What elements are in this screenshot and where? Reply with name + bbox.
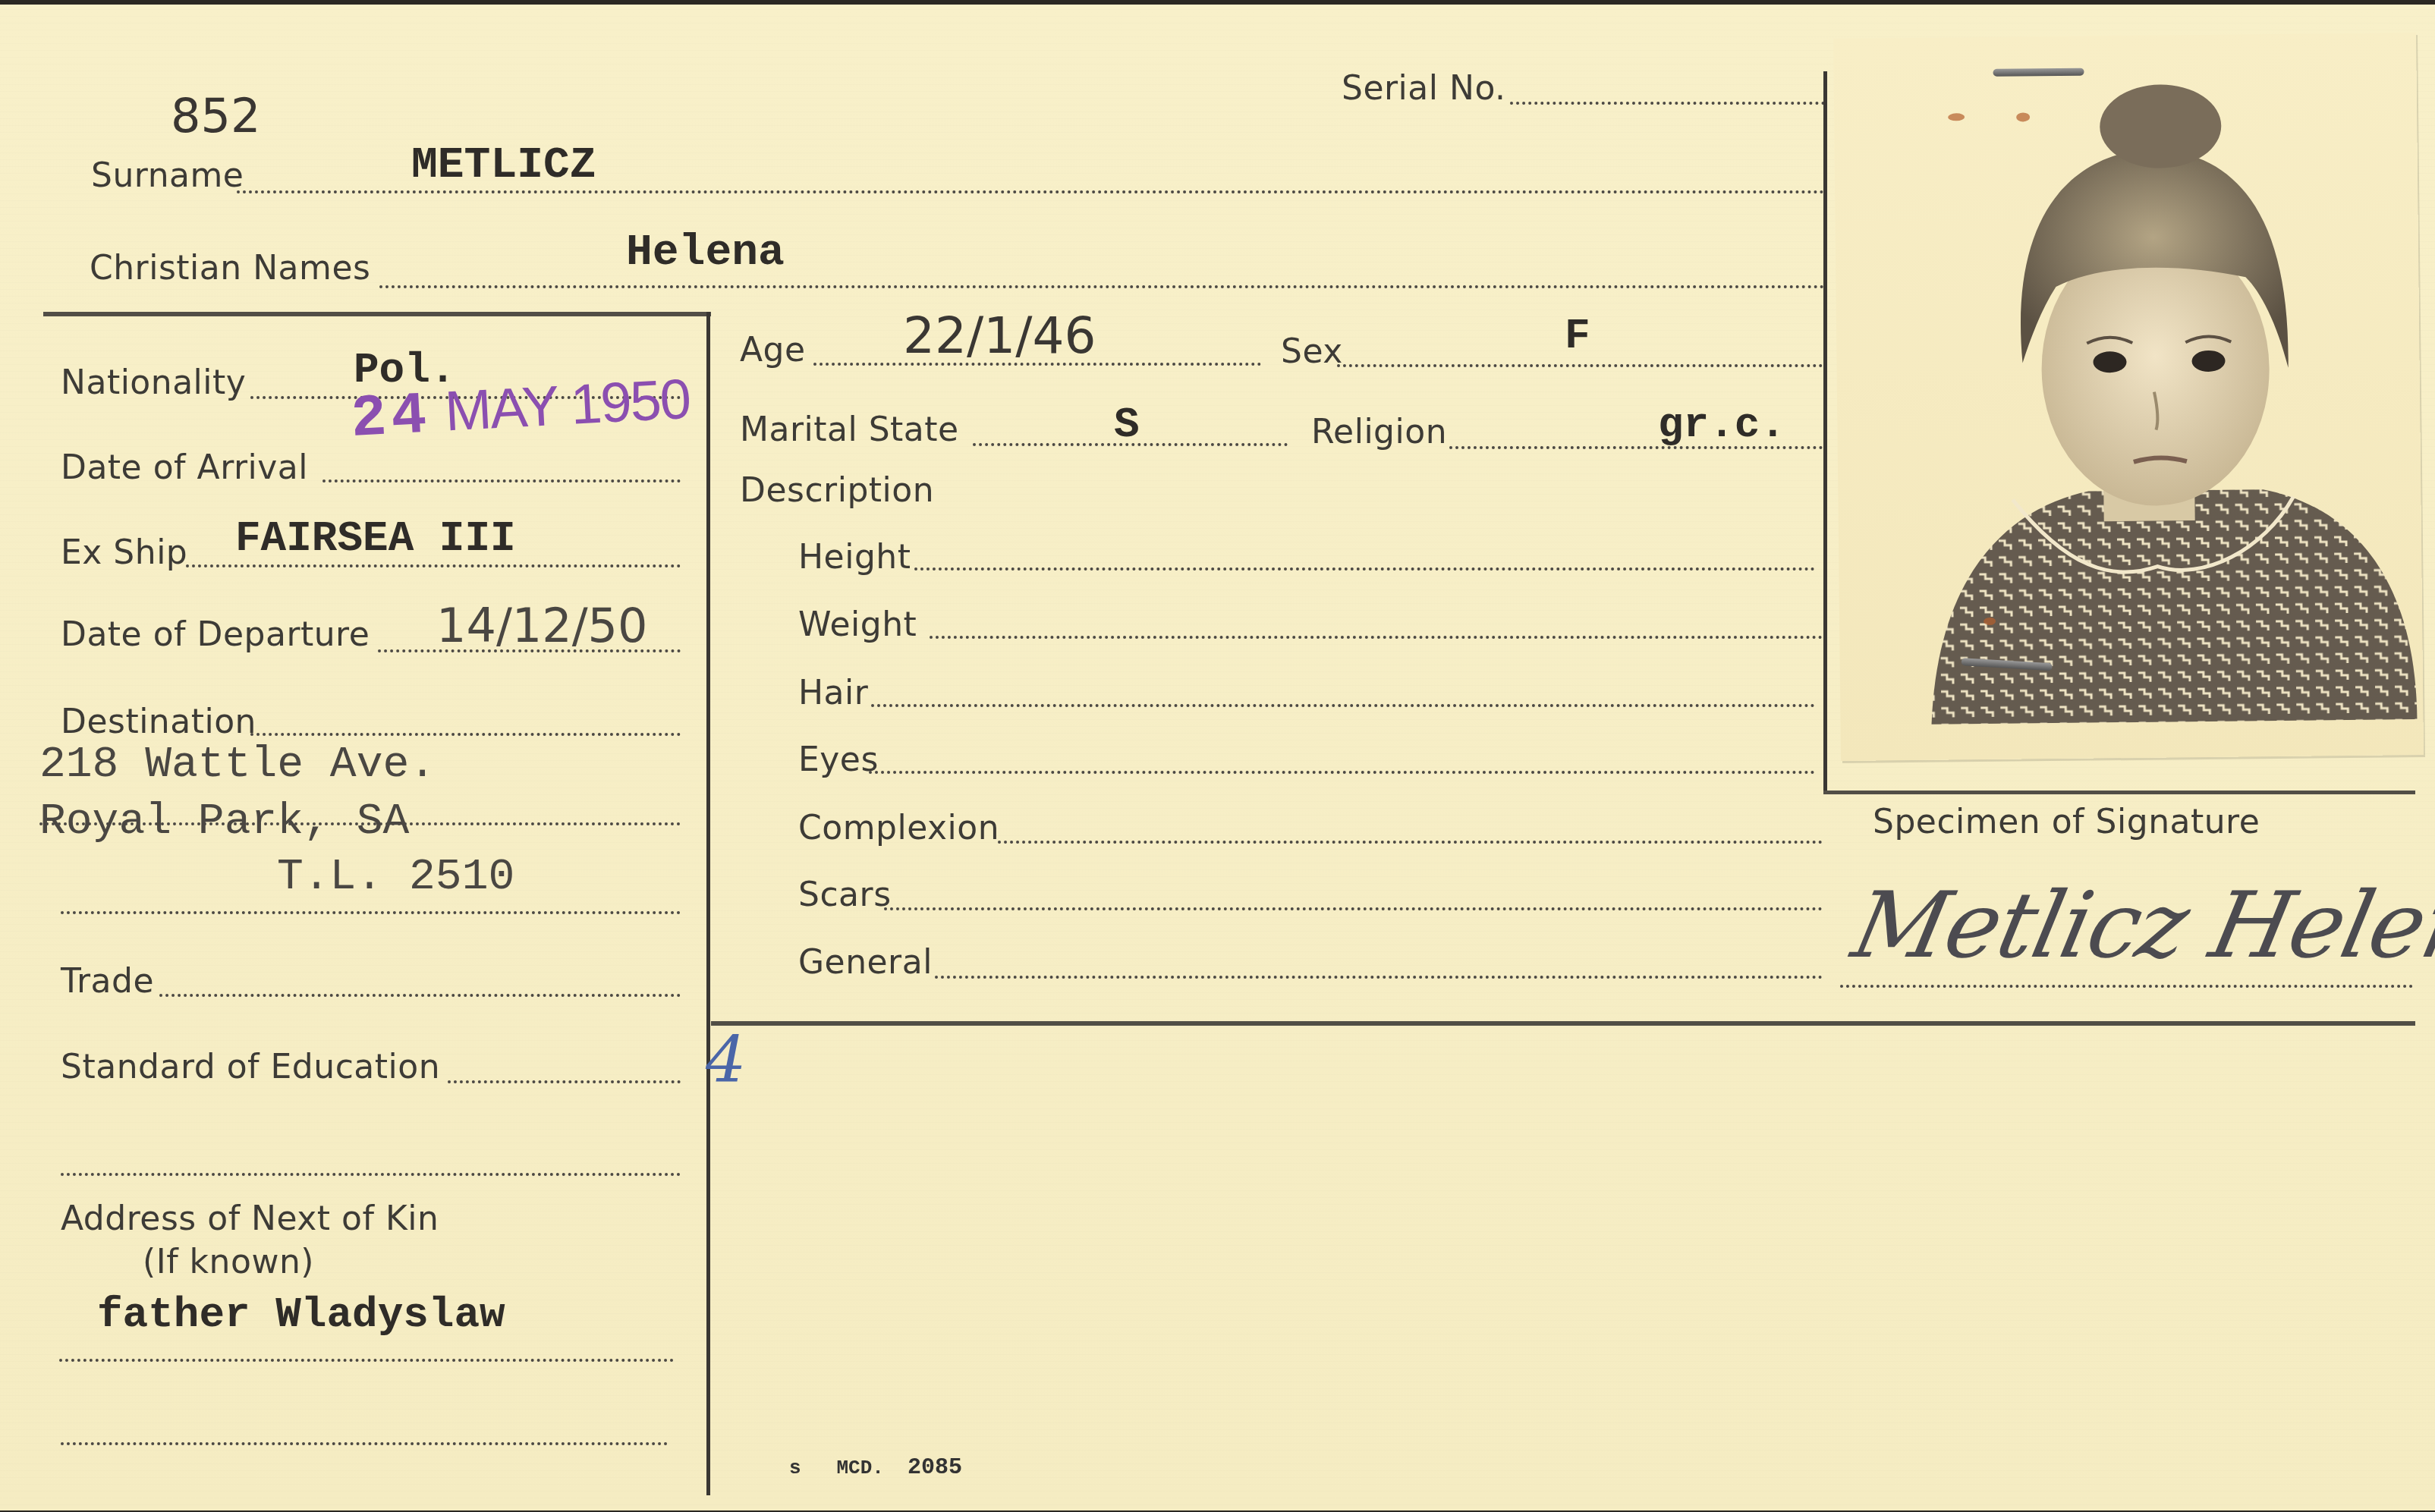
destination-label: Destination	[61, 703, 256, 741]
standard-of-education-label: Standard of Education	[61, 1048, 440, 1086]
signature-value: Metlicz Helena	[1844, 873, 2435, 979]
marital-state-value: S	[1114, 401, 1140, 449]
scars-label: Scars	[798, 875, 892, 914]
hair-label: Hair	[798, 674, 868, 712]
surname-value: METLICZ	[411, 141, 596, 190]
left-column-divider	[706, 312, 710, 1495]
nationality-label: Nationality	[61, 363, 246, 402]
date-of-departure-field-line	[378, 649, 681, 652]
education-extra-line	[61, 1173, 681, 1176]
height-field-line	[914, 567, 1815, 571]
trade-label: Trade	[61, 962, 154, 1001]
portrait-photo	[1833, 33, 2424, 761]
surname-field-line	[237, 190, 1825, 193]
age-value: 22/1/46	[903, 306, 1096, 365]
ex-ship-field-line	[186, 564, 681, 567]
left-box-top-border	[43, 312, 711, 316]
serial-no-field	[1510, 102, 1825, 105]
ex-ship-label: Ex Ship	[61, 533, 187, 572]
signature-field-line	[1840, 985, 2413, 988]
card-number: 852	[171, 88, 260, 143]
marital-state-label: Marital State	[740, 410, 959, 449]
age-label: Age	[740, 331, 806, 369]
christian-names-label: Christian Names	[90, 249, 370, 288]
religion-value: gr.c.	[1658, 401, 1785, 449]
christian-names-value: Helena	[626, 228, 785, 278]
eyes-field-line	[869, 771, 1815, 774]
signature-label: Specimen of Signature	[1873, 803, 2260, 841]
destination-field-line-1	[250, 733, 681, 736]
date-of-departure-value: 14/12/50	[436, 598, 647, 653]
printer-prefix: s	[789, 1457, 801, 1479]
weight-field-line	[930, 636, 1823, 639]
destination-field-line-2	[39, 822, 681, 825]
printer-code: s MCD. 2085	[789, 1455, 962, 1481]
weight-label: Weight	[798, 605, 917, 644]
printer-number: 2085	[908, 1455, 962, 1481]
standard-of-education-field-line	[448, 1080, 681, 1083]
destination-field-line-3	[61, 911, 681, 914]
stamp-month-year: MAY 1950	[443, 367, 691, 443]
marital-state-field-line	[973, 443, 1288, 446]
description-bottom-border	[711, 1021, 2415, 1026]
sex-value: F	[1565, 312, 1590, 360]
date-of-arrival-field-line	[322, 479, 681, 483]
description-label: Description	[740, 471, 934, 510]
destination-line-1: 218 Wattle Ave.	[39, 740, 436, 790]
stamp-day: 24	[349, 383, 433, 454]
next-of-kin-value: father Wladyslaw	[97, 1290, 505, 1339]
date-of-departure-label: Date of Departure	[61, 615, 370, 654]
next-of-kin-field-line-1	[59, 1359, 674, 1362]
printer-code-label: MCD.	[836, 1457, 883, 1479]
next-of-kin-field-line-2	[61, 1442, 668, 1445]
hair-field-line	[871, 704, 1815, 707]
religion-label: Religion	[1311, 413, 1447, 451]
photo-bottom-border	[1823, 791, 2415, 794]
age-field-line	[813, 363, 1261, 366]
sex-field-line	[1337, 364, 1823, 367]
staple-top	[1993, 68, 2084, 77]
height-label: Height	[798, 538, 911, 577]
migrant-registration-card: 852 Serial No. Surname METLICZ Christian…	[0, 0, 2435, 1512]
christian-names-field-line	[379, 285, 1825, 288]
eyes-label: Eyes	[798, 740, 879, 779]
next-of-kin-sublabel: (If known)	[143, 1243, 314, 1281]
next-of-kin-label: Address of Next of Kin	[61, 1199, 439, 1238]
sex-label: Sex	[1281, 332, 1343, 371]
child-portrait-icon	[1833, 33, 2424, 761]
complexion-label: Complexion	[798, 809, 999, 847]
date-of-arrival-label: Date of Arrival	[61, 448, 308, 487]
surname-label: Surname	[91, 156, 244, 195]
complexion-field-line	[998, 841, 1823, 844]
trade-field-line	[159, 994, 681, 997]
general-field-line	[935, 976, 1823, 979]
scars-field-line	[884, 907, 1823, 910]
religion-field-line	[1449, 446, 1823, 449]
destination-line-3: T.L. 2510	[277, 853, 514, 902]
middle-column-right-border	[1823, 71, 1827, 791]
pencil-note: 4	[706, 1023, 746, 1097]
serial-no-label: Serial No.	[1342, 69, 1506, 108]
general-label: General	[798, 943, 933, 982]
ex-ship-value: FAIRSEA III	[235, 514, 516, 563]
